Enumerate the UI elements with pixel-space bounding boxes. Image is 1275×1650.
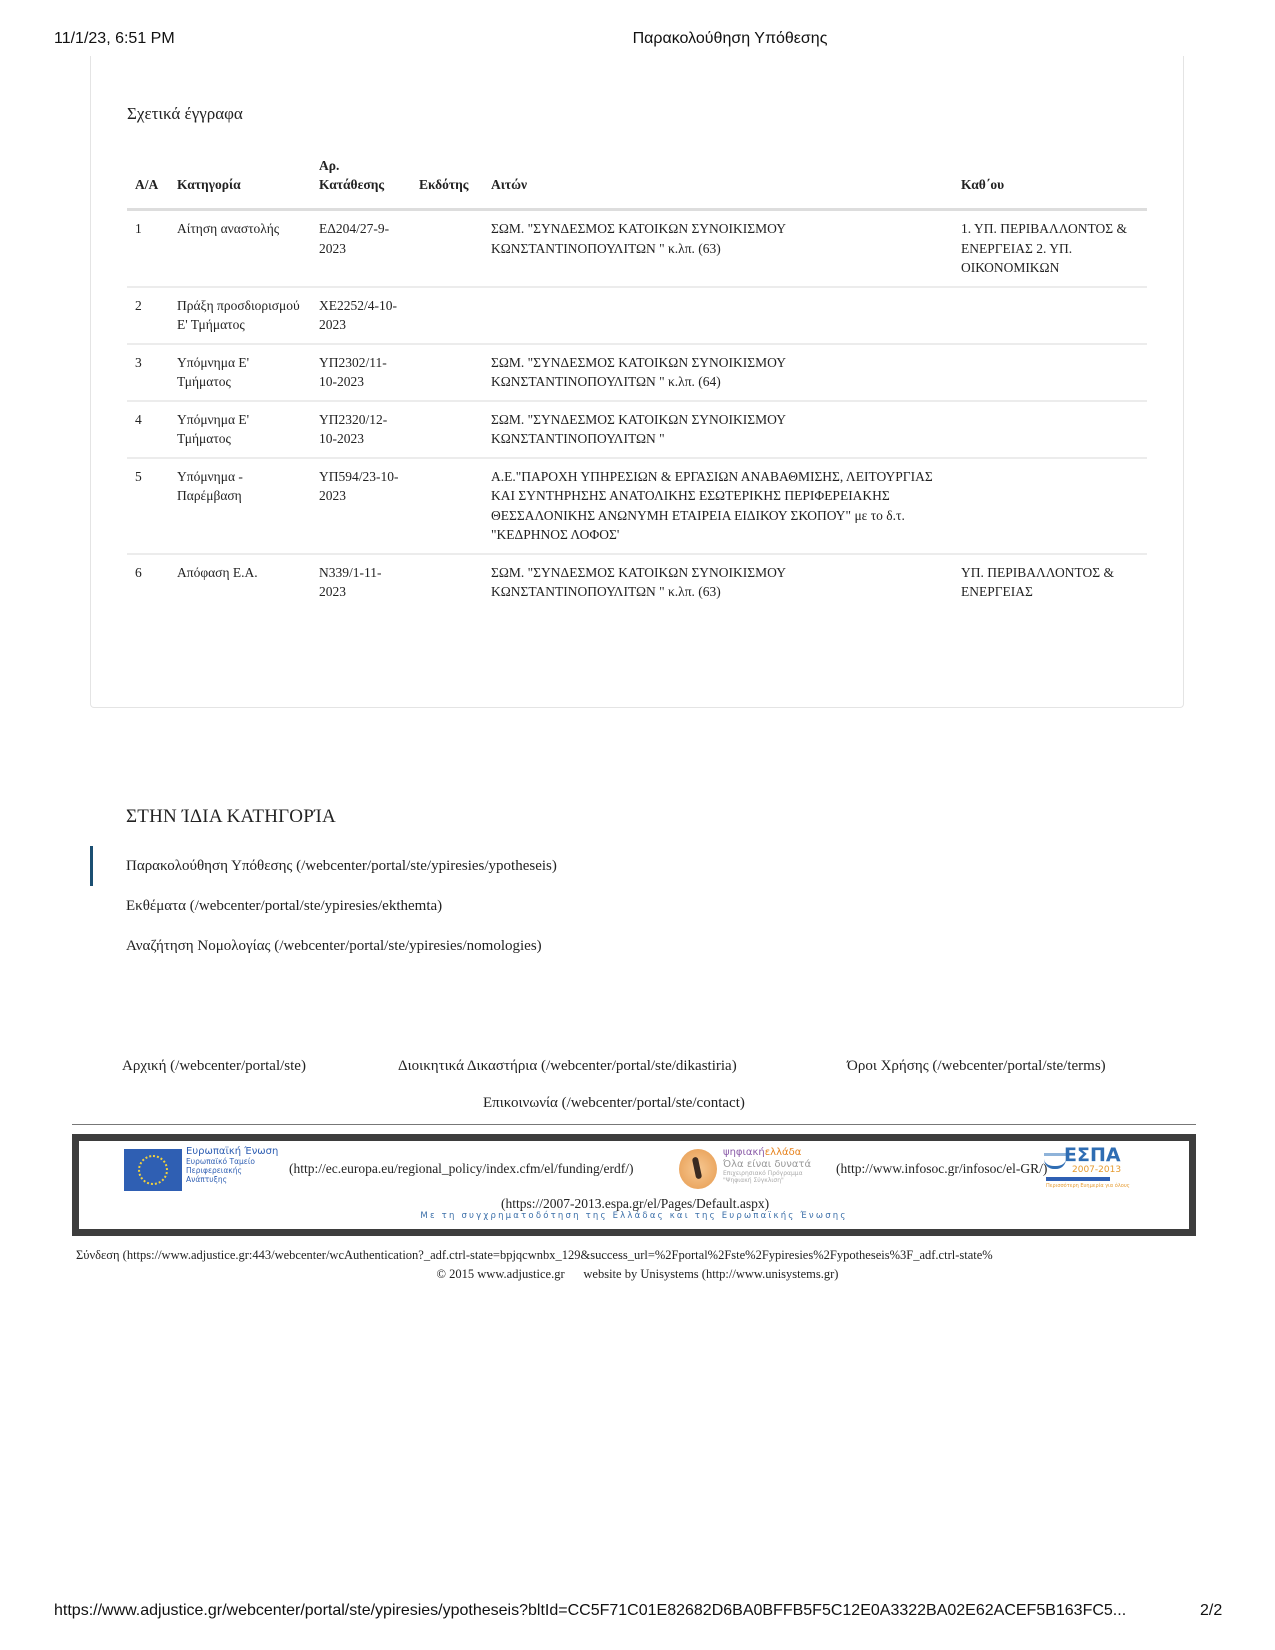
cell-category: Υπόμνημα - Παρέμβαση (169, 458, 311, 554)
espa-logo-bar (1046, 1177, 1110, 1181)
table-row: 2 Πράξη προσδιορισμού Ε' Τμήματος ΧΕ2252… (127, 287, 1147, 344)
table-row: 5 Υπόμνημα - Παρέμβαση ΥΠ594/23-10-2023 … (127, 458, 1147, 554)
cell-aa: 2 (127, 287, 169, 344)
link-case-law-search[interactable]: Αναζήτηση Νομολογίας (/webcenter/portal/… (90, 926, 790, 966)
unisystems-link[interactable]: website by Unisystems (http://www.unisys… (583, 1267, 838, 1281)
dg-logo-title-b: ελλάδα (765, 1147, 802, 1158)
eu-funding-link[interactable]: (http://ec.europa.eu/regional_policy/ind… (289, 1161, 634, 1177)
cell-respondent (953, 344, 1147, 401)
column-respondent: Καθ΄ου (953, 156, 1147, 210)
cell-respondent: 1. ΥΠ. ΠΕΡΙΒΑΛΛΟΝΤΟΣ & ΕΝΕΡΓΕΙΑΣ 2. ΥΠ. … (953, 210, 1147, 287)
cell-respondent: ΥΠ. ΠΕΡΙΒΑΛΛΟΝΤΟΣ & ΕΝΕΡΓΕΙΑΣ (953, 554, 1147, 610)
cell-applicant: ΣΩΜ. "ΣΥΝΔΕΣΜΟΣ ΚΑΤΟΙΚΩΝ ΣΥΝΟΙΚΙΣΜΟΥ ΚΩΝ… (483, 554, 953, 610)
eu-flag-icon (124, 1149, 182, 1191)
dg-logo-title-a: ψηφιακή (723, 1147, 765, 1158)
cell-filing-no: ΧΕ2252/4-10-2023 (311, 287, 411, 344)
table-row: 4 Υπόμνημα Ε' Τμήματος ΥΠ2320/12-10-2023… (127, 401, 1147, 458)
cell-category: Υπόμνημα Ε' Τμήματος (169, 344, 311, 401)
login-link[interactable]: Σύνδεση (https://www.adjustice.gr:443/we… (76, 1248, 993, 1263)
column-issuer: Εκδότης (411, 156, 483, 210)
espa-waves-icon (1044, 1153, 1066, 1169)
link-case-tracking[interactable]: Παρακολούθηση Υπόθεσης (/webcenter/porta… (90, 846, 790, 886)
cell-respondent (953, 458, 1147, 554)
print-page-title: Παρακολούθηση Υπόθεσης (0, 30, 1275, 48)
eu-regional-fund-logo: Ευρωπαϊκή Ένωση Ευρωπαϊκό Ταμείο Περιφερ… (124, 1149, 284, 1195)
sponsors-banner: Ευρωπαϊκή Ένωση Ευρωπαϊκό Ταμείο Περιφερ… (72, 1134, 1196, 1236)
print-header: 11/1/23, 6:51 PM Παρακολούθηση Υπόθεσης (0, 30, 1275, 52)
cell-category: Υπόμνημα Ε' Τμήματος (169, 401, 311, 458)
dg-logo-sub: Επιχειρησιακό Πρόγραμμα "Ψηφιακή Σύγκλισ… (723, 1170, 829, 1184)
cell-category: Αίτηση αναστολής (169, 210, 311, 287)
espa-logo-tag: Περισσότερη Ευημερία για όλους (1046, 1183, 1130, 1189)
table-row: 3 Υπόμνημα Ε' Τμήματος ΥΠ2302/11-10-2023… (127, 344, 1147, 401)
column-applicant: Αιτών (483, 156, 953, 210)
cell-aa: 4 (127, 401, 169, 458)
print-page-number: 2/2 (1200, 1602, 1222, 1620)
copyright-line: © 2015 www.adjustice.gr website by Unisy… (0, 1267, 1275, 1282)
footer-link-courts[interactable]: Διοικητικά Δικαστήρια (/webcenter/portal… (398, 1058, 737, 1075)
digital-greece-emblem-icon (679, 1149, 717, 1189)
cell-filing-no: Ν339/1-11-2023 (311, 554, 411, 610)
footer-link-contact[interactable]: Επικοινωνία (/webcenter/portal/ste/conta… (483, 1095, 745, 1112)
related-documents-title: Σχετικά έγγραφα (127, 104, 243, 124)
cell-respondent (953, 401, 1147, 458)
cell-filing-no: ΕΔ204/27-9-2023 (311, 210, 411, 287)
cell-applicant: Α.Ε."ΠΑΡΟΧΗ ΥΠΗΡΕΣΙΩΝ & ΕΡΓΑΣΙΩΝ ΑΝΑΒΑΘΜ… (483, 458, 953, 554)
related-documents-table: Α/Α Κατηγορία Αρ. Κατάθεσης Εκδότης Αιτώ… (127, 156, 1147, 610)
cell-filing-no: ΥΠ2302/11-10-2023 (311, 344, 411, 401)
cell-aa: 3 (127, 344, 169, 401)
same-category-links: Παρακολούθηση Υπόθεσης (/webcenter/porta… (90, 846, 790, 966)
digital-greece-logo: ψηφιακήελλάδα Όλα είναι δυνατά Επιχειρησ… (679, 1147, 829, 1193)
cell-applicant: ΣΩΜ. "ΣΥΝΔΕΣΜΟΣ ΚΑΤΟΙΚΩΝ ΣΥΝΟΙΚΙΣΜΟΥ ΚΩΝ… (483, 210, 953, 287)
cell-issuer (411, 401, 483, 458)
column-filing-no: Αρ. Κατάθεσης (311, 156, 411, 210)
espa-logo-years: 2007-2013 (1072, 1165, 1121, 1175)
footer-link-home[interactable]: Αρχική (/webcenter/portal/ste) (122, 1058, 306, 1075)
cell-issuer (411, 554, 483, 610)
cofunding-text: Με τη συγχρηματοδότηση της Ελλάδας και τ… (79, 1211, 1189, 1221)
espa-link[interactable]: (https://2007-2013.espa.gr/el/Pages/Defa… (501, 1196, 769, 1212)
cell-issuer (411, 287, 483, 344)
cell-applicant: ΣΩΜ. "ΣΥΝΔΕΣΜΟΣ ΚΑΤΟΙΚΩΝ ΣΥΝΟΙΚΙΣΜΟΥ ΚΩΝ… (483, 401, 953, 458)
cell-aa: 1 (127, 210, 169, 287)
link-ekthemata[interactable]: Εκθέματα (/webcenter/portal/ste/ypiresie… (90, 886, 790, 926)
eu-logo-sub-3: Ανάπτυξης (186, 1175, 278, 1184)
cell-issuer (411, 210, 483, 287)
cell-filing-no: ΥΠ594/23-10-2023 (311, 458, 411, 554)
column-category: Κατηγορία (169, 156, 311, 210)
related-documents-card: Σχετικά έγγραφα Α/Α Κατηγορία Αρ. Κατάθε… (90, 56, 1184, 708)
copyright-text: © 2015 www.adjustice.gr (437, 1267, 565, 1281)
same-category-heading: ΣΤΗΝ ΊΔΙΑ ΚΑΤΗΓΟΡΊΑ (126, 806, 336, 828)
footer-divider (72, 1124, 1196, 1125)
cell-issuer (411, 458, 483, 554)
table-row: 6 Απόφαση Ε.Α. Ν339/1-11-2023 ΣΩΜ. "ΣΥΝΔ… (127, 554, 1147, 610)
cell-respondent (953, 287, 1147, 344)
cell-issuer (411, 344, 483, 401)
footer-link-terms[interactable]: Όροι Χρήσης (/webcenter/portal/ste/terms… (847, 1058, 1106, 1075)
table-row: 1 Αίτηση αναστολής ΕΔ204/27-9-2023 ΣΩΜ. … (127, 210, 1147, 287)
cell-filing-no: ΥΠ2320/12-10-2023 (311, 401, 411, 458)
cell-applicant (483, 287, 953, 344)
table-header-row: Α/Α Κατηγορία Αρ. Κατάθεσης Εκδότης Αιτώ… (127, 156, 1147, 210)
espa-logo: ΕΣΠΑ 2007-2013 Περισσότερη Ευημερία για … (1044, 1145, 1124, 1195)
cell-category: Πράξη προσδιορισμού Ε' Τμήματος (169, 287, 311, 344)
column-aa: Α/Α (127, 156, 169, 210)
infosoc-link[interactable]: (http://www.infosoc.gr/infosoc/el-GR/) (836, 1161, 1047, 1177)
cell-category: Απόφαση Ε.Α. (169, 554, 311, 610)
cell-aa: 5 (127, 458, 169, 554)
print-url: https://www.adjustice.gr/webcenter/porta… (54, 1602, 1126, 1620)
cell-applicant: ΣΩΜ. "ΣΥΝΔΕΣΜΟΣ ΚΑΤΟΙΚΩΝ ΣΥΝΟΙΚΙΣΜΟΥ ΚΩΝ… (483, 344, 953, 401)
dg-logo-slogan: Όλα είναι δυνατά (723, 1159, 829, 1170)
eu-logo-title: Ευρωπαϊκή Ένωση (186, 1147, 278, 1157)
cell-aa: 6 (127, 554, 169, 610)
eu-logo-sub-2: Περιφερειακής (186, 1166, 278, 1175)
espa-logo-title: ΕΣΠΑ (1064, 1145, 1121, 1165)
eu-logo-sub-1: Ευρωπαϊκό Ταμείο (186, 1157, 278, 1166)
